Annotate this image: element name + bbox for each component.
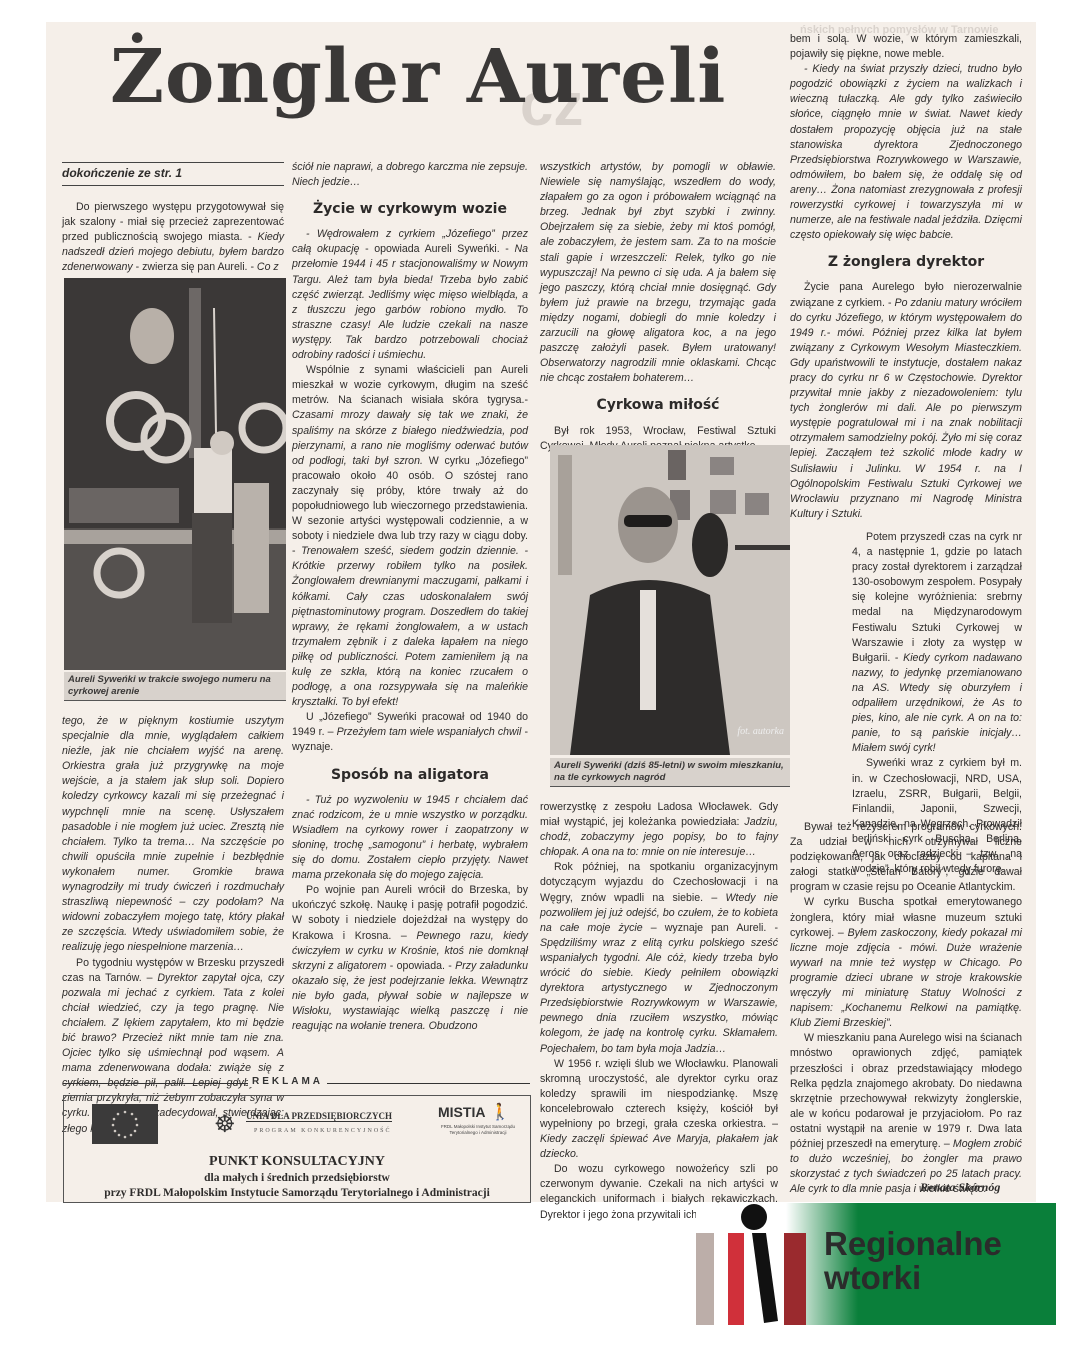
photo-credit: fot. autorka [737, 726, 784, 737]
paragraph: tego, że w pięknym kostiumie uszytym spe… [62, 714, 284, 956]
article-column-3-continued: rowerzystkę z zespołu Ladosa Włocławek. … [540, 800, 778, 1223]
article-column-1-continued: tego, że w pięknym kostiumie uszytym spe… [62, 714, 284, 1137]
logo-text-line2: wtorki [824, 1261, 921, 1295]
continued-from-label: dokończenie ze str. 1 [62, 162, 284, 186]
subheading-alligator: Sposób na aligatora [292, 768, 528, 783]
figure-icon: 🚶 [490, 1102, 510, 1122]
subheading-life-in-wagon: Życie w cyrkowym wozie [292, 202, 528, 217]
paragraph: W mieszkaniu pana Aurelego wisi na ścian… [790, 1031, 1022, 1197]
subheading-circus-love: Cyrkowa miłość [540, 398, 776, 413]
article-column-4-bottom: Bywał też reżyserem programów cyrkowych.… [790, 820, 1022, 1197]
article-column-4: bem i solą. W wozie, w którym zamieszkal… [790, 32, 1022, 522]
paragraph: Rok później, na spotkaniu organizacyjnym… [540, 860, 778, 1056]
photo-caption-portrait: Aureli Syweńki (dziś 85-letni) w swoim m… [550, 758, 790, 787]
photo-caption-juggler: Aureli Syweńki w trakcie swojego numeru … [64, 672, 286, 701]
paragraph: wszystkich artystów, by pomogli w obławi… [540, 160, 776, 386]
ship-wheel-icon: ☸ [214, 1110, 236, 1139]
advertisement-box: ☸ UNIA DLA PRZEDSIĘBIORCZYCH PROGRAM KON… [63, 1095, 531, 1203]
paragraph: Życie pana Aurelego było nierozerwalnie … [790, 280, 1022, 522]
mistia-logo: MISTIA 🚶 FRDL Małopolski Instytut Samorz… [434, 1102, 524, 1148]
paragraph: Potem przyszedł czas na cyrk nr 4, a nas… [852, 530, 1022, 756]
paragraph: Bywał też reżyserem programów cyrkowych.… [790, 820, 1022, 895]
paragraph: rowerzystkę z zespołu Ladosa Włocławek. … [540, 800, 778, 860]
portrait-photo-illustration [550, 445, 790, 755]
ad-subtitle: dla małych i średnich przedsiębiorstw [64, 1172, 530, 1184]
paragraph: Wspólnie z synami właścicieli pan Aureli… [292, 363, 528, 710]
paragraph: - Wędrowałem z cyrkiem „Józefiego” przez… [292, 227, 528, 363]
photo-aureli-at-home: fot. autorka [550, 445, 790, 755]
paragraph: ściół nie naprawi, a dobrego karczma nie… [292, 160, 528, 190]
paragraph: bem i solą. W wozie, w którym zamieszkal… [790, 32, 1022, 62]
unia-logo-subtext: PROGRAM KONKURENCYJNOŚĆ [254, 1128, 392, 1134]
photo-juggler-on-arena [64, 278, 286, 670]
paragraph: W 1956 r. wzięli ślub we Włocławku. Plan… [540, 1057, 778, 1163]
article-headline: Żongler Aureli [110, 40, 726, 114]
article-column-1: dokończenie ze str. 1 Do pierwszego wyst… [62, 162, 284, 276]
article-column-2: ściół nie naprawi, a dobrego karczma nie… [292, 160, 528, 1034]
unia-logo-text: UNIA DLA PRZEDSIĘBIORCZYCH [246, 1111, 392, 1122]
ad-title: PUNKT KONSULTACYJNY [64, 1154, 530, 1170]
paragraph: Do pierwszego występu przygotowywał się … [62, 200, 284, 275]
paragraph: - Tuż po wyzwoleniu w 1945 r chciałem da… [292, 793, 528, 884]
paragraph: Po wojnie pan Aureli wrócił do Brzeska, … [292, 883, 528, 1034]
paragraph: U „Józefiego” Syweńki pracował od 1940 d… [292, 710, 528, 755]
unia-logo: ☸ UNIA DLA PRZEDSIĘBIORCZYCH PROGRAM KON… [214, 1108, 404, 1144]
regionalne-wtorki-logo: Regionalne wtorki [696, 1203, 1056, 1325]
logo-text-line1: Regionalne [824, 1227, 1002, 1261]
paragraph: - Kiedy na świat przyszły dzieci, trudno… [790, 62, 1022, 243]
mistia-logo-text: MISTIA [438, 1104, 485, 1120]
article-column-3: wszystkich artystów, by pomogli w obławi… [540, 160, 776, 454]
author-byline: Renata Skórnóg [920, 1180, 1000, 1195]
mistia-logo-subtext: FRDL Małopolski Instytut Samorządu Teryt… [434, 1124, 522, 1136]
subheading-juggler-to-director: Z żonglera dyrektor [790, 255, 1022, 270]
eu-flag-icon [92, 1104, 158, 1144]
juggler-photo-illustration [64, 278, 286, 670]
ad-label: REKLAMA [248, 1076, 327, 1087]
ad-institution: przy FRDL Małopolskim Instytucie Samorzą… [64, 1187, 530, 1199]
paragraph: W cyrku Buscha spotkał emerytowanego żon… [790, 895, 1022, 1031]
